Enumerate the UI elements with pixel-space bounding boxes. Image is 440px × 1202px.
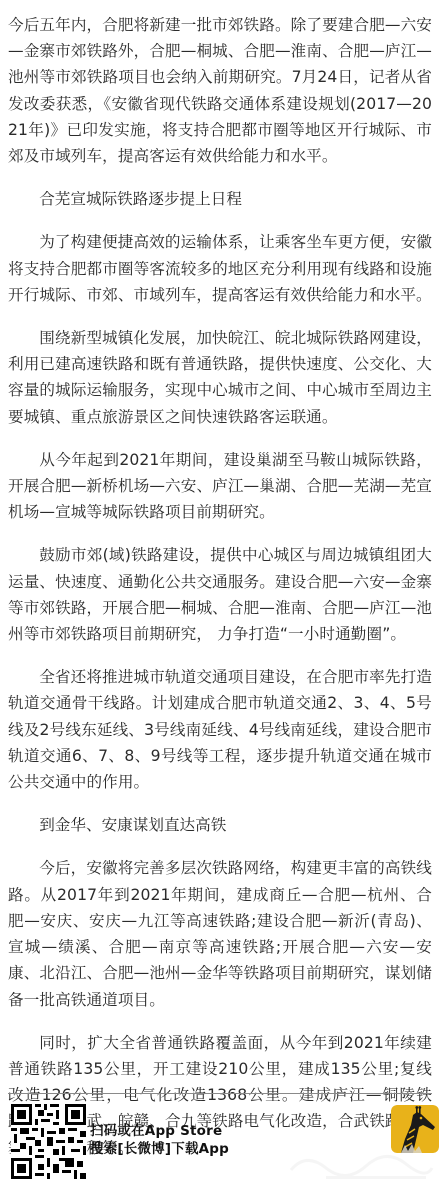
subheading-1: 合芜宣城际铁路逐步提上日程: [8, 186, 432, 212]
paragraph-7: 今后，安徽将完善多层次铁路网络，构建更丰富的高铁线路。从2017年到2021年期…: [8, 855, 432, 1012]
giraffe-app-icon[interactable]: [391, 1105, 439, 1153]
promo-line-2: 搜索[长微博]下载App: [90, 1140, 229, 1158]
paragraph-5: 鼓励市郊(域)铁路建设，提供中心城区与周边城镇组团大运量、快速度、通勤化公共交通…: [8, 542, 432, 647]
footer-divider: [8, 1093, 432, 1094]
app-promo-text: 扫码或在App Store 搜索[长微博]下载App: [90, 1122, 229, 1158]
qr-code-icon[interactable]: [11, 1104, 86, 1179]
subheading-2: 到金华、安康谋划直达高铁: [8, 812, 432, 838]
watermark-logo: [286, 1148, 436, 1184]
article-body: 今后五年内，合肥将新建一批市郊铁路。除了要建合肥—六安—金寨市郊铁路外，合肥—桐…: [8, 12, 432, 1178]
paragraph-2: 为了构建便捷高效的运输体系，让乘客坐车更方便，安徽将支持合肥都市圈等客流较多的地…: [8, 229, 432, 308]
paragraph-3: 围绕新型城镇化发展，加快皖江、皖北城际铁路网建设，利用已建高速铁路和既有普通铁路…: [8, 325, 432, 430]
paragraph-6: 全省还将推进城市轨道交通项目建设，在合肥市率先打造轨道交通骨干线路。计划建成合肥…: [8, 664, 432, 795]
promo-line-1: 扫码或在App Store: [90, 1122, 229, 1140]
paragraph-1: 今后五年内，合肥将新建一批市郊铁路。除了要建合肥—六安—金寨市郊铁路外，合肥—桐…: [8, 12, 432, 169]
paragraph-4: 从今年起到2021年期间，建设巢湖至马鞍山城际铁路，开展合肥—新桥机场—六安、庐…: [8, 447, 432, 526]
